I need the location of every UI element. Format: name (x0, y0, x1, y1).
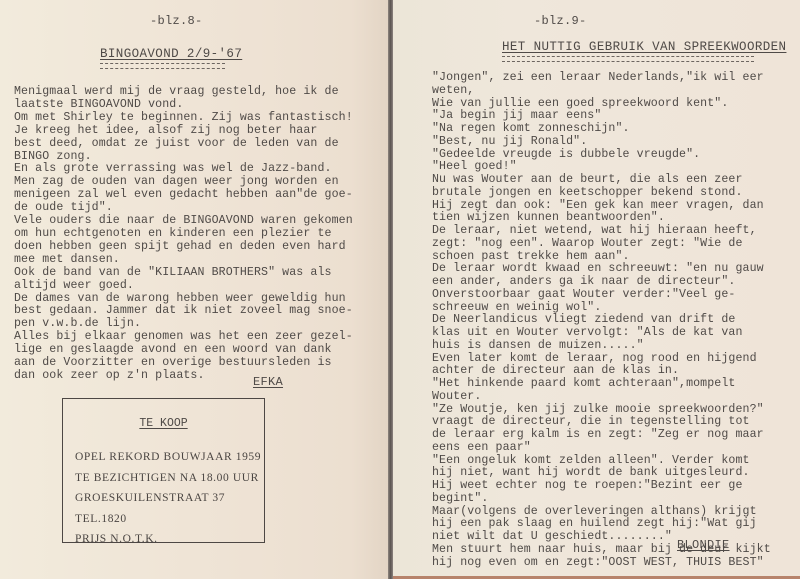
ad-line: OPEL REKORD BOUWJAAR 1959 (75, 447, 261, 468)
ad-line: PRIJS N.O.T.K. (75, 529, 261, 550)
title-double-underline (100, 63, 225, 69)
text-line: doen hebben geen spijt gehad en deden ev… (14, 241, 353, 254)
ad-heading: TE KOOP (63, 417, 264, 430)
text-line: weten, (432, 85, 771, 98)
text-line: "Best, nu jij Ronald". (432, 136, 771, 149)
left-page: -blz.8- BINGOAVOND 2/9-'67 Menigmaal wer… (0, 0, 390, 579)
article-body: Menigmaal werd mij de vraag gesteld, hoe… (14, 86, 353, 383)
ad-line: TEL.1820 (75, 509, 261, 530)
text-line: eens een paar" (432, 442, 771, 455)
text-line: hij nog even om en zegt:"OOST WEST, THUI… (432, 557, 771, 570)
title-double-underline (502, 56, 754, 62)
author-signature: EFKA (253, 375, 283, 389)
text-line: Hij weet echter nog te roepen:"Bezint ee… (432, 480, 771, 493)
article-title: BINGOAVOND 2/9-'67 (100, 47, 242, 61)
text-line: huis is dansen de muizen....." (432, 340, 771, 353)
text-line: Nu was Wouter aan de beurt, die als een … (432, 174, 771, 187)
text-line: "Na regen komt zonneschijn". (432, 123, 771, 136)
text-line: De leraar, niet wetend, wat hij hieraan … (432, 225, 771, 238)
text-line: altijd weer goed. (14, 280, 353, 293)
right-page: -blz.9- HET NUTTIG GEBRUIK VAN SPREEKWOO… (393, 0, 800, 579)
text-line: "Het hinkende paard komt achteraan",momp… (432, 378, 771, 391)
text-line: best deed, omdat ze juist voor de leden … (14, 138, 353, 151)
text-line: Om met Shirley te beginnen. Zij was fant… (14, 112, 353, 125)
text-line: "Jongen", zei een leraar Nederlands,"ik … (432, 72, 771, 85)
text-line: de leraar erg kalm is en zegt: "Zeg er n… (432, 429, 771, 442)
text-line: laatste BINGOAVOND vond. (14, 99, 353, 112)
text-line: Je kreeg het idee, alsof zij nog beter h… (14, 125, 353, 138)
text-line: Wouter. (432, 391, 771, 404)
ad-line: GROESKUILENSTRAAT 37 (75, 488, 261, 509)
ad-text: OPEL REKORD BOUWJAAR 1959TE BEZICHTIGEN … (75, 447, 261, 550)
article-title: HET NUTTIG GEBRUIK VAN SPREEKWOORDEN (502, 40, 786, 54)
ad-line: TE BEZICHTIGEN NA 18.00 UUR (75, 468, 261, 489)
text-line: aan de Voorzitter en overige bestuursled… (14, 357, 353, 370)
text-line: begint". (432, 493, 771, 506)
text-line: Onverstoorbaar gaat Wouter verder:"Veel … (432, 289, 771, 302)
text-line: dan ook zeer op z'n plaats. (14, 370, 353, 383)
text-line: Ook de band van de "KILIAAN BROTHERS" wa… (14, 267, 353, 280)
text-line: zegt: "nog een". Waarop Wouter zegt: "Wi… (432, 238, 771, 251)
page-number: -blz.9- (534, 14, 587, 28)
page-number: -blz.8- (150, 14, 203, 28)
text-line: mee met dansen. (14, 254, 353, 267)
author-signature: BLONDIE (677, 538, 730, 552)
classified-ad-box: TE KOOP OPEL REKORD BOUWJAAR 1959TE BEZI… (62, 398, 265, 543)
text-line: om hun echtgenoten en kinderen een plezi… (14, 228, 353, 241)
text-line: een ander, anders ga ik naar de directeu… (432, 276, 771, 289)
text-line: Menigmaal werd mij de vraag gesteld, hoe… (14, 86, 353, 99)
text-line: brutale jongen en keetschopper bekend st… (432, 187, 771, 200)
article-body: "Jongen", zei een leraar Nederlands,"ik … (432, 72, 771, 569)
text-line: klas uit en Wouter vervolgt: "Als de kat… (432, 327, 771, 340)
